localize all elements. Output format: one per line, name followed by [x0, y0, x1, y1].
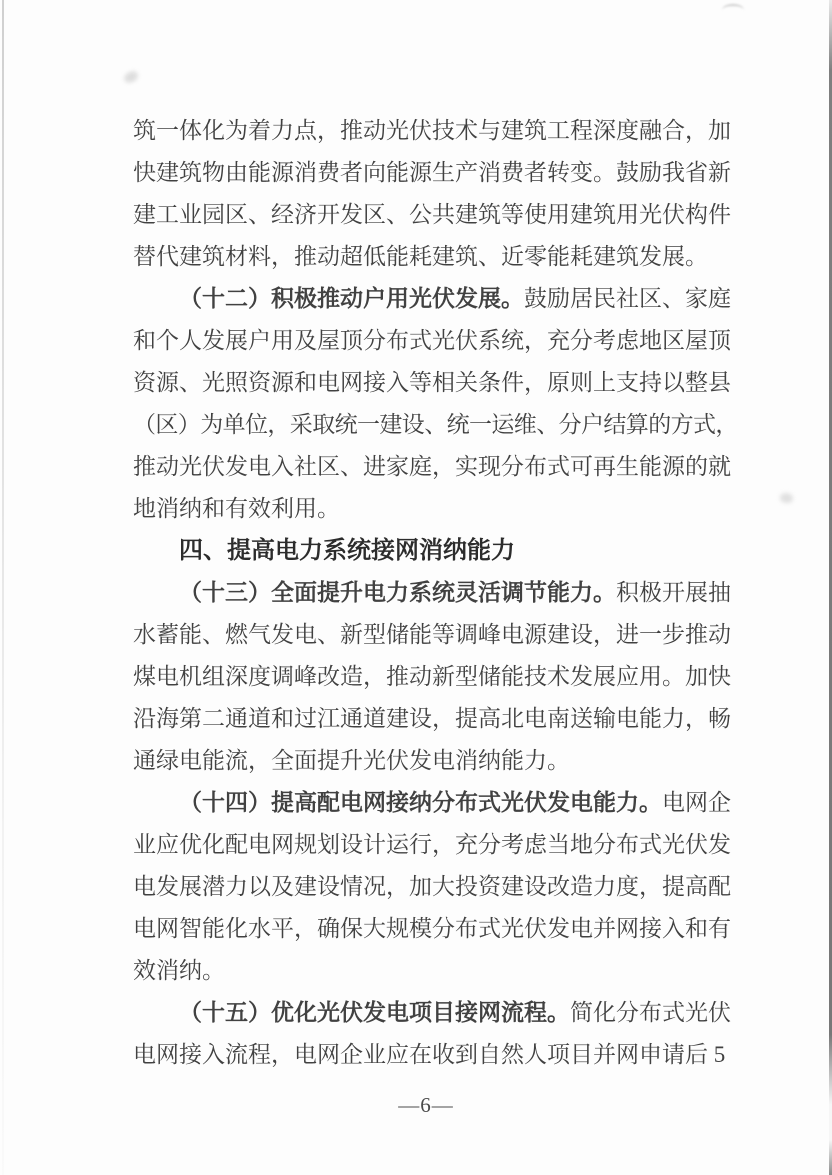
text-line: 替代建筑材料，推动超低能耗建筑、近零能耗建筑发展。 [133, 236, 773, 278]
body-text: 鼓励居民社区、家庭 [524, 286, 731, 311]
body-text: 地消纳和有效利用。 [133, 496, 340, 521]
body-text: 建工业园区、经济开发区、公共建筑等使用建筑用光伏构件 [133, 202, 731, 227]
body-text: （区）为单位，采取统一建设、统一运维、分户结算的方式， [133, 412, 738, 437]
text-line: （十三）全面提升电力系统灵活调节能力。积极开展抽 [133, 572, 773, 614]
clause-title: （十三）全面提升电力系统灵活调节能力。 [179, 580, 616, 605]
body-text: 简化分布式光伏 [570, 1000, 731, 1025]
text-line: 电发展潜力以及建设情况，加大投资建设改造力度，提高配 [133, 866, 773, 908]
body-text: 筑一体化为着力点，推动光伏技术与建筑工程深度融合，加 [133, 118, 731, 143]
text-line: 资源、光照资源和电网接入等相关条件，原则上支持以整县 [133, 362, 773, 404]
body-text: 积极开展抽 [616, 580, 731, 605]
section-heading-text: 四、提高电力系统接网消纳能力 [179, 537, 515, 564]
text-line: 水蓄能、燃气发电、新型储能等调峰电源建设，进一步推动 [133, 614, 773, 656]
text-line: （区）为单位，采取统一建设、统一运维、分户结算的方式， [133, 404, 773, 446]
text-line: （十四）提高配电网接纳分布式光伏发电能力。电网企 [133, 782, 773, 824]
body-text: 电网智能化水平，确保大规模分布式光伏发电并网接入和有 [133, 916, 731, 941]
text-line: 和个人发展户用及屋顶分布式光伏系统，充分考虑地区屋顶 [133, 320, 773, 362]
scan-smudge-right [780, 493, 793, 503]
body-text: 效消纳。 [133, 958, 225, 983]
body-text: 煤电机组深度调峰改造，推动新型储能技术发展应用。加快 [133, 664, 731, 689]
body-text: 资源、光照资源和电网接入等相关条件，原则上支持以整县 [133, 370, 731, 395]
text-line: 推动光伏发电入社区、进家庭，实现分布式可再生能源的就 [133, 446, 773, 488]
text-line: 效消纳。 [133, 950, 773, 992]
text-line: 通绿电能流，全面提升光伏发电消纳能力。 [133, 740, 773, 782]
text-line: 地消纳和有效利用。 [133, 488, 773, 530]
page-number: —6— [398, 1091, 454, 1119]
body-text: 电网接入流程，电网企业应在收到自然人项目并网申请后 5 [133, 1042, 725, 1067]
text-line: 电网接入流程，电网企业应在收到自然人项目并网申请后 5 [133, 1034, 773, 1076]
text-line: （十二）积极推动户用光伏发展。鼓励居民社区、家庭 [133, 278, 773, 320]
text-line: 业应优化配电网规划设计运行，充分考虑当地分布式光伏发 [133, 824, 773, 866]
body-text: 电发展潜力以及建设情况，加大投资建设改造力度，提高配 [133, 874, 731, 899]
text-line: （十五）优化光伏发电项目接网流程。简化分布式光伏 [133, 992, 773, 1034]
body-text: 水蓄能、燃气发电、新型储能等调峰电源建设，进一步推动 [133, 622, 731, 647]
document-body: 筑一体化为着力点，推动光伏技术与建筑工程深度融合，加 快建筑物由能源消费者向能源… [133, 110, 773, 1076]
scan-smudge-top [722, 4, 744, 10]
document-page: 筑一体化为着力点，推动光伏技术与建筑工程深度融合，加 快建筑物由能源消费者向能源… [0, 0, 832, 1175]
body-text: 业应优化配电网规划设计运行，充分考虑当地分布式光伏发 [133, 832, 731, 857]
scan-smudge-left [123, 70, 139, 84]
clause-title: （十五）优化光伏发电项目接网流程。 [179, 1000, 570, 1025]
text-line: 电网智能化水平，确保大规模分布式光伏发电并网接入和有 [133, 908, 773, 950]
text-line: 快建筑物由能源消费者向能源生产消费者转变。鼓励我省新 [133, 152, 773, 194]
clause-title: （十二）积极推动户用光伏发展。 [179, 286, 524, 311]
body-text: 沿海第二通道和过江通道建设，提高北电南送输电能力，畅 [133, 706, 731, 731]
body-text: 快建筑物由能源消费者向能源生产消费者转变。鼓励我省新 [133, 160, 731, 185]
body-text: 电网企 [662, 790, 731, 815]
text-line: 建工业园区、经济开发区、公共建筑等使用建筑用光伏构件 [133, 194, 773, 236]
text-line: 煤电机组深度调峰改造，推动新型储能技术发展应用。加快 [133, 656, 773, 698]
body-text: 替代建筑材料，推动超低能耗建筑、近零能耗建筑发展。 [133, 244, 708, 269]
body-text: 通绿电能流，全面提升光伏发电消纳能力。 [133, 748, 570, 773]
text-line: 筑一体化为着力点，推动光伏技术与建筑工程深度融合，加 [133, 110, 773, 152]
body-text: 推动光伏发电入社区、进家庭，实现分布式可再生能源的就 [133, 454, 731, 479]
text-line: 沿海第二通道和过江通道建设，提高北电南送输电能力，畅 [133, 698, 773, 740]
clause-title: （十四）提高配电网接纳分布式光伏发电能力。 [179, 790, 662, 815]
body-text: 和个人发展户用及屋顶分布式光伏系统，充分考虑地区屋顶 [133, 328, 731, 353]
scan-edge-left-artifact [2, 0, 4, 1175]
section-heading: 四、提高电力系统接网消纳能力 [133, 530, 773, 572]
